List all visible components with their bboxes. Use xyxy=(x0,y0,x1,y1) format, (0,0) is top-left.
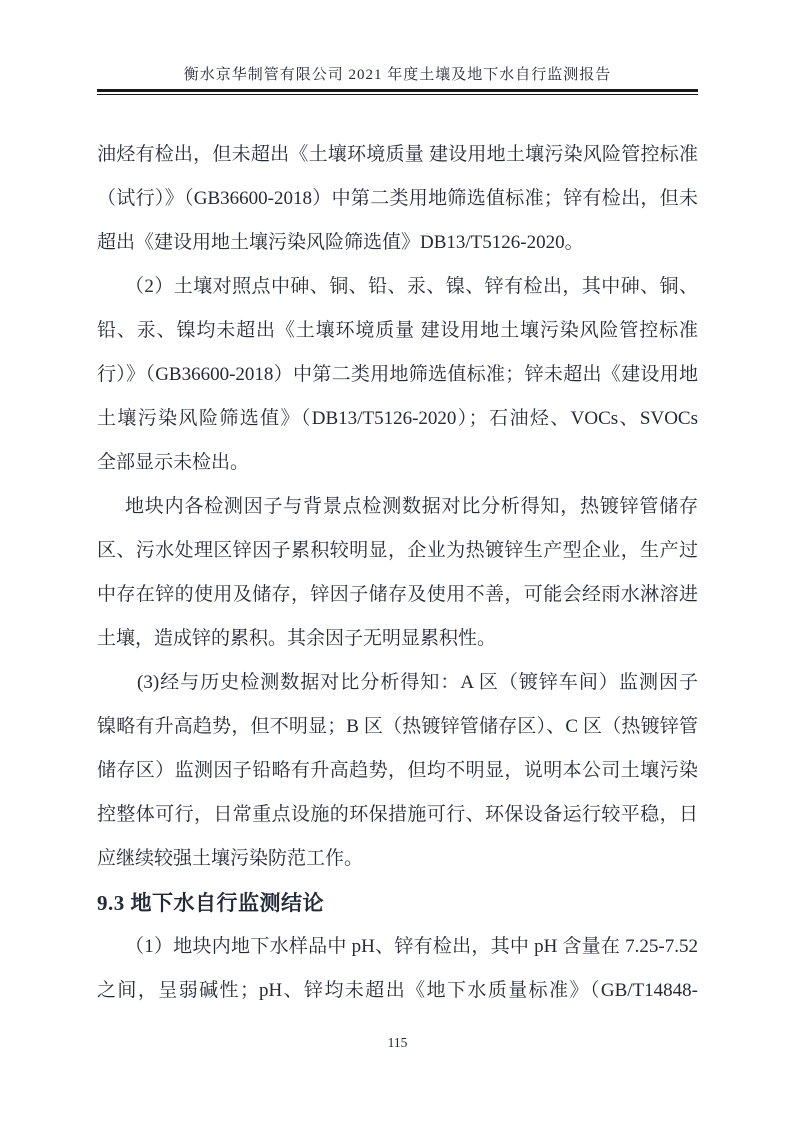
header-divider-rule xyxy=(97,89,698,95)
text-line: 之间，呈弱碱性；pH、锌均未超出《地下水质量标准》（GB/T14848-2017… xyxy=(97,969,698,1013)
text-line: 应继续较强土壤污染防范工作。 xyxy=(97,837,698,881)
text-line: 铅、汞、镍均未超出《土壤环境质量 建设用地土壤污染风险管控标准（试 xyxy=(97,309,698,353)
document-page: 衡水京华制管有限公司 2021 年度土壤及地下水自行监测报告 油烃有检出，但未超… xyxy=(0,0,794,1123)
page-number: 115 xyxy=(97,1035,698,1051)
paragraph-background-comparison: 地块内各检测因子与背景点检测数据对比分析得知，热镀锌管储存 区、污水处理区锌因子… xyxy=(97,485,698,661)
text-line: 全部显示未检出。 xyxy=(97,441,698,485)
text-line: 土壤污染风险筛选值》（DB13/T5126-2020）；石油烃、VOCs、SVO… xyxy=(97,397,698,441)
document-content: 油烃有检出，但未超出《土壤环境质量 建设用地土壤污染风险管控标准 （试行）》（G… xyxy=(97,133,698,1013)
text-line: (3)经与历史检测数据对比分析得知：A 区（镀锌车间）监测因子铅、 xyxy=(97,661,698,705)
paragraph-soil-control-points: （2）土壤对照点中砷、铜、铅、汞、镍、锌有检出，其中砷、铜、 铅、汞、镍均未超出… xyxy=(97,265,698,485)
text-line: 控整体可行，日常重点设施的环保措施可行、环保设备运行较平稳，日后 xyxy=(97,793,698,837)
paragraph-historical-comparison: (3)经与历史检测数据对比分析得知：A 区（镀锌车间）监测因子铅、 镍略有升高趋… xyxy=(97,661,698,881)
paragraph-groundwater-conclusion: （1）地块内地下水样品中 pH、锌有检出，其中 pH 含量在 7.25-7.52… xyxy=(97,925,698,1013)
text-line: （试行）》（GB36600-2018）中第二类用地筛选值标准；锌有检出，但未 xyxy=(97,177,698,221)
text-line: （2）土壤对照点中砷、铜、铅、汞、镍、锌有检出，其中砷、铜、 xyxy=(97,265,698,309)
text-line: 油烃有检出，但未超出《土壤环境质量 建设用地土壤污染风险管控标准 xyxy=(97,133,698,177)
text-line: 超出《建设用地土壤污染风险筛选值》DB13/T5126-2020。 xyxy=(97,221,698,265)
page-header-title: 衡水京华制管有限公司 2021 年度土壤及地下水自行监测报告 xyxy=(97,63,698,84)
paragraph-soil-monitoring-1: 油烃有检出，但未超出《土壤环境质量 建设用地土壤污染风险管控标准 （试行）》（G… xyxy=(97,133,698,265)
text-line: （1）地块内地下水样品中 pH、锌有检出，其中 pH 含量在 7.25-7.52 xyxy=(97,925,698,969)
text-line: 土壤，造成锌的累积。其余因子无明显累积性。 xyxy=(97,617,698,661)
text-line: 区、污水处理区锌因子累积较明显，企业为热镀锌生产型企业，生产过程 xyxy=(97,529,698,573)
text-line: 储存区）监测因子铅略有升高趋势，但均不明显，说明本公司土壤污染防 xyxy=(97,749,698,793)
text-line: 地块内各检测因子与背景点检测数据对比分析得知，热镀锌管储存 xyxy=(97,485,698,529)
text-line: 行）》（GB36600-2018）中第二类用地筛选值标准；锌未超出《建设用地 xyxy=(97,353,698,397)
text-line: 中存在锌的使用及储存，锌因子储存及使用不善，可能会经雨水淋溶进入 xyxy=(97,573,698,617)
section-heading-9-3: 9.3 地下水自行监测结论 xyxy=(97,881,698,925)
text-line: 镍略有升高趋势，但不明显；B 区（热镀锌管储存区）、C 区（热镀锌管 xyxy=(97,705,698,749)
